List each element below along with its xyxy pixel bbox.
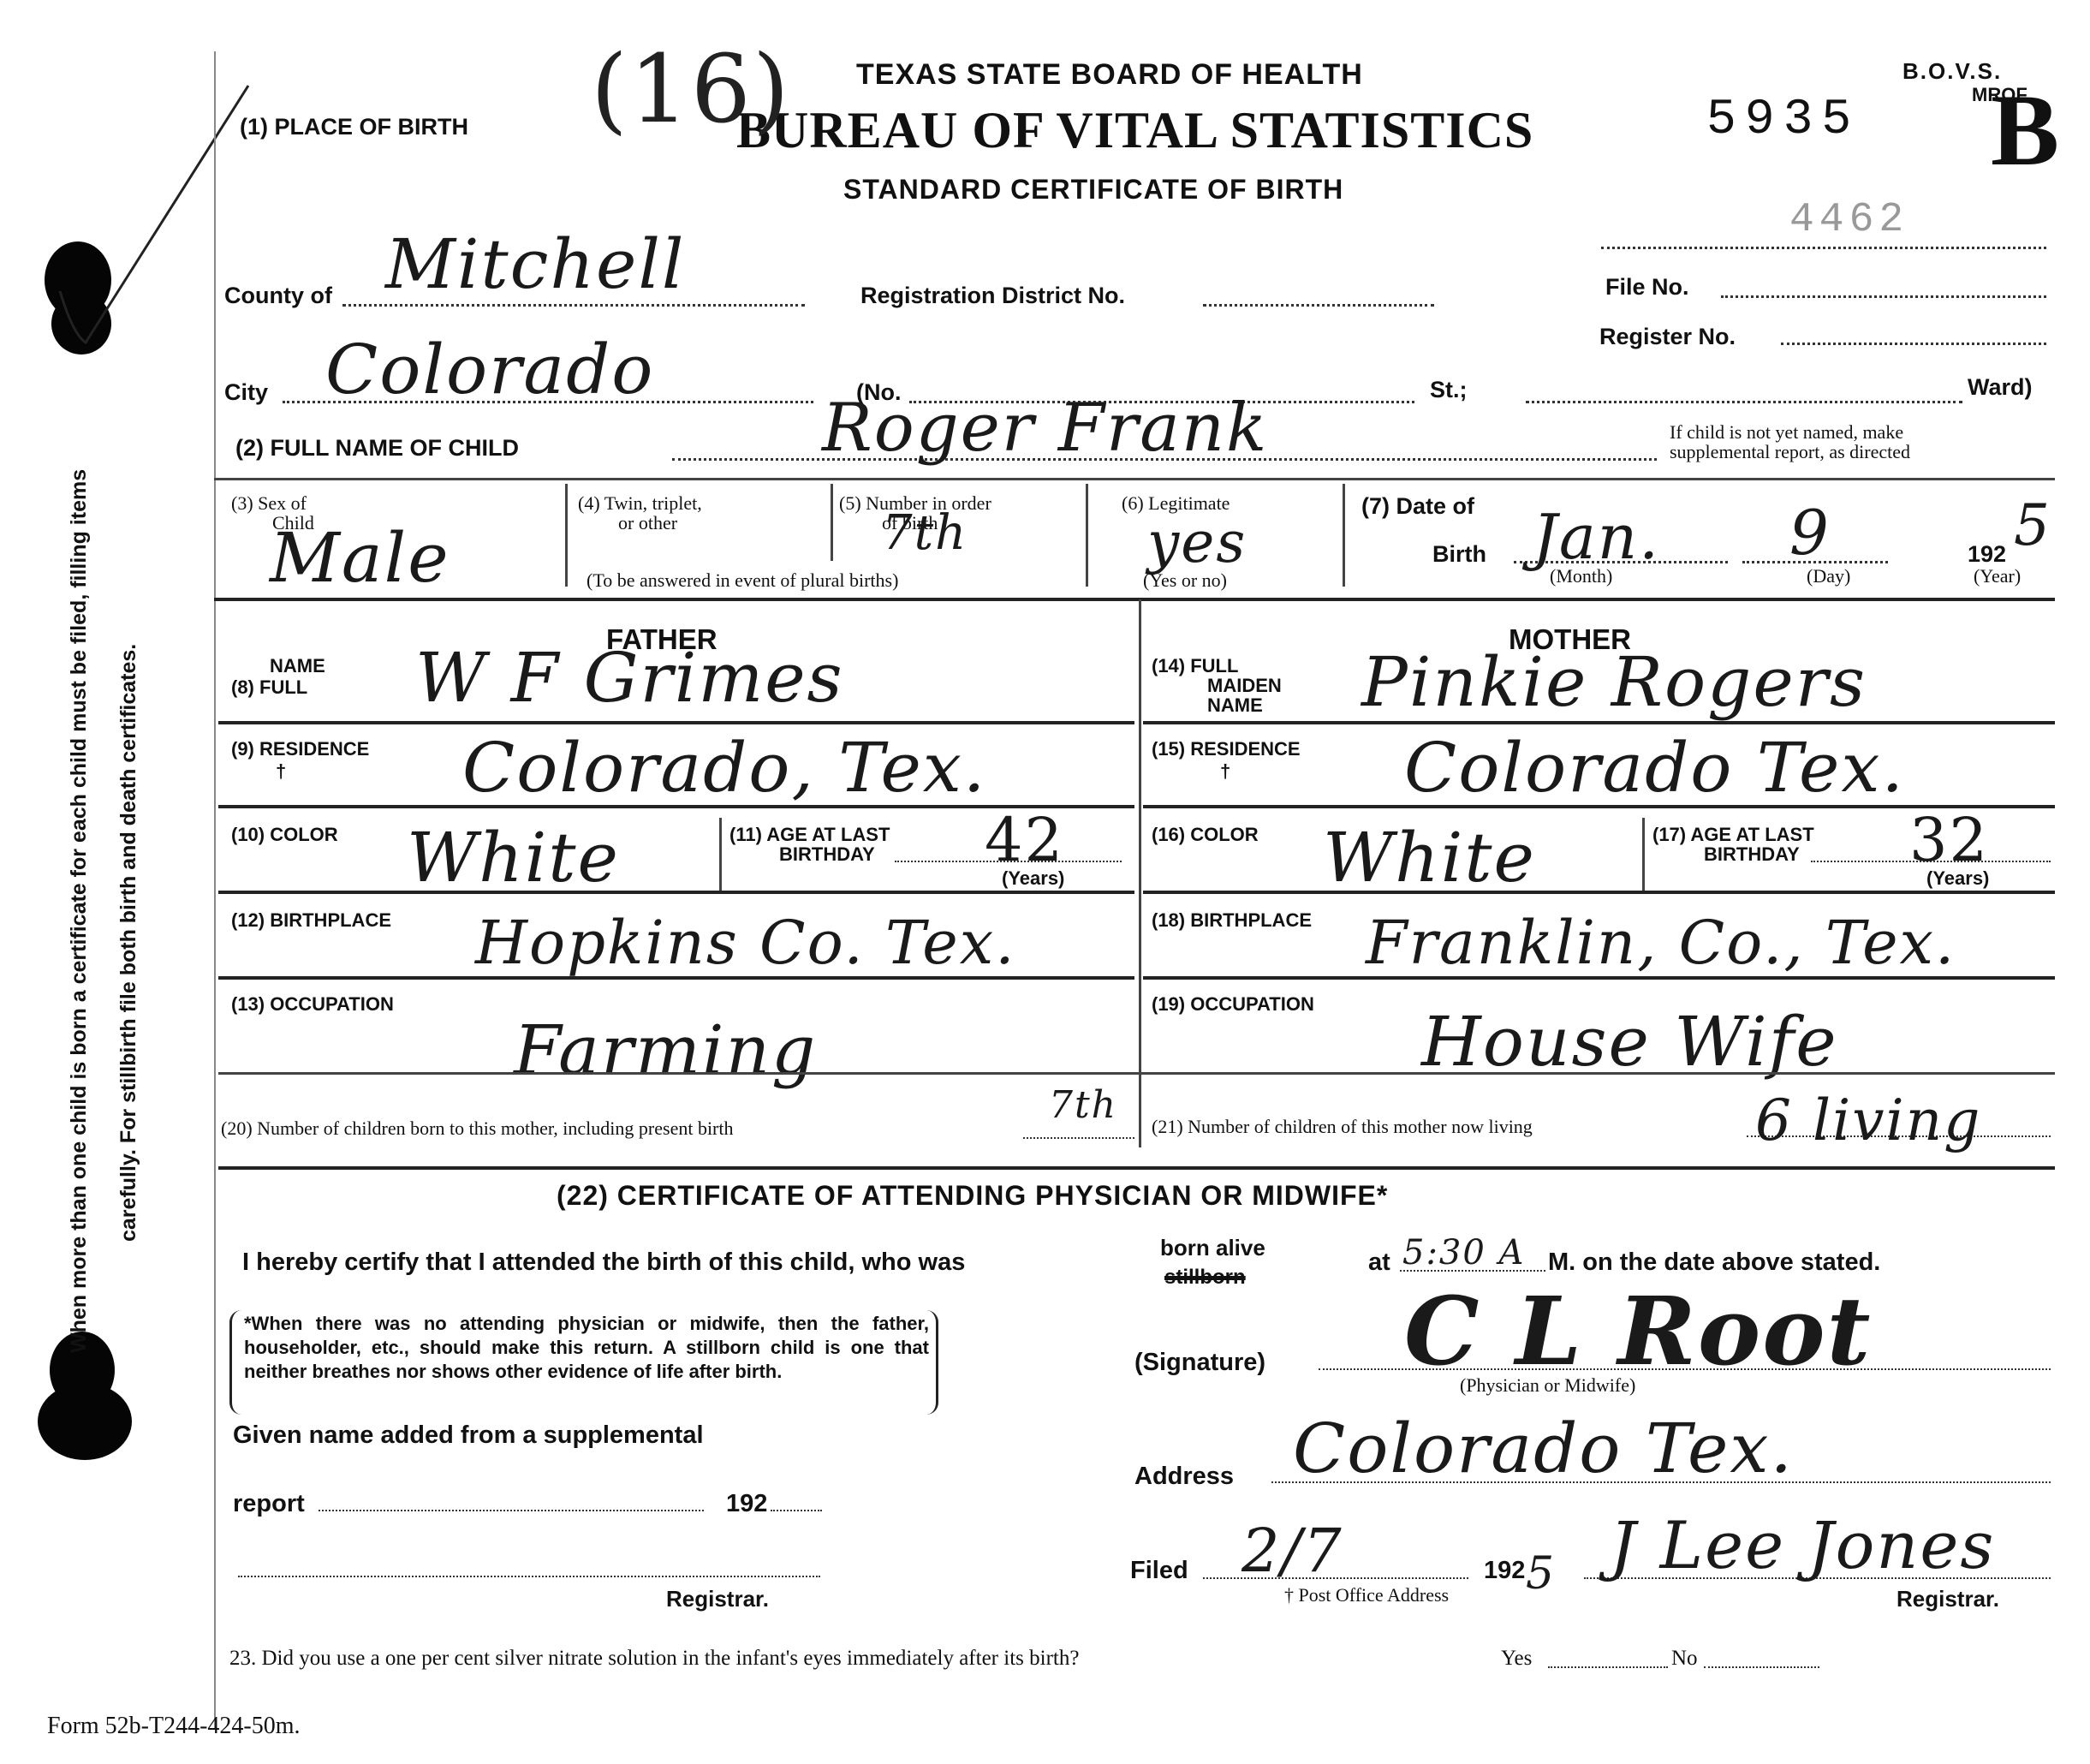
father-birthplace-value: Hopkins Co. Tex.	[475, 908, 1015, 978]
report-year-prefix: 192	[726, 1490, 767, 1518]
legitimate-hint: (Yes or no)	[1143, 569, 1227, 592]
father-color-label: (10) COLOR	[231, 824, 338, 846]
birth-year-prefix: 192	[1968, 541, 2006, 568]
sex-value: Male	[270, 518, 450, 598]
form-number: Form 52b-T244-424-50m.	[47, 1713, 301, 1740]
divider-mother-birthplace	[1143, 976, 2055, 980]
divider-order-legitimate	[1086, 484, 1088, 587]
ward-label: Ward)	[1968, 374, 2033, 401]
form-vertical-letters: MROF	[1972, 86, 1989, 104]
mother-residence-value: Colorado Tex.	[1404, 728, 1905, 808]
filed-year-prefix: 192	[1484, 1557, 1525, 1585]
mother-age-hint: (Years)	[1926, 867, 1989, 890]
margin-instruction-line2: carefully. For stillbirth file both birt…	[116, 644, 141, 1242]
filing-registrar-label: Registrar.	[1896, 1586, 1999, 1612]
divider-twin-order	[831, 484, 833, 561]
register-no-label: Register No.	[1599, 324, 1736, 350]
mother-age-value: 32	[1909, 805, 1989, 875]
signature-hint: (Physician or Midwife)	[1460, 1374, 1635, 1397]
father-age-hint: (Years)	[1002, 867, 1064, 890]
certificate-number: 5935	[1706, 92, 1860, 148]
father-name-label-line2: (8) FULL	[231, 676, 307, 699]
address-value: Colorado Tex.	[1293, 1409, 1794, 1488]
report-label: report	[233, 1490, 305, 1518]
mother-birthplace-label: (18) BIRTHPLACE	[1152, 909, 1312, 932]
mother-name-label-line3: NAME	[1207, 694, 1263, 717]
stamped-number: 4462	[1789, 197, 1908, 243]
father-residence-label: (9) RESIDENCE	[231, 738, 369, 760]
post-office-address-hint: † Post Office Address	[1284, 1584, 1449, 1606]
mother-color-label: (16) COLOR	[1152, 824, 1259, 846]
divider-father-name	[218, 721, 1134, 724]
silver-nitrate-yes-label: Yes	[1501, 1647, 1532, 1671]
file-no-label: File No.	[1605, 274, 1689, 301]
board-title: TEXAS STATE BOARD OF HEALTH	[856, 58, 1363, 92]
city-label: City	[224, 379, 268, 406]
stillborn-option-struck: stillborn	[1164, 1266, 1246, 1290]
margin-instruction-line1: When more than one child is born a certi…	[67, 469, 92, 1353]
filed-date-value: 2/7	[1241, 1516, 1343, 1586]
mother-residence-label: (15) RESIDENCE	[1152, 738, 1301, 760]
mother-age-label-line2: BIRTHDAY	[1704, 843, 1800, 866]
filing-registrar-signature: J Lee Jones	[1610, 1507, 1995, 1583]
father-color-value: White	[407, 818, 620, 897]
given-name-supplemental-label: Given name added from a supplemental	[233, 1421, 704, 1450]
check-mark-icon	[51, 77, 257, 351]
supplemental-registrar-label: Registrar.	[666, 1586, 769, 1612]
filed-label: Filed	[1130, 1557, 1188, 1585]
divider-mother-color	[1143, 891, 2055, 894]
divider-row2	[214, 598, 2055, 601]
birth-time-suffix: M. on the date above stated.	[1548, 1249, 1880, 1277]
divider-father-mother	[1139, 599, 1141, 1147]
date-of-birth-label-line1: (7) Date of	[1361, 493, 1474, 520]
margin-note-16: (16)	[591, 34, 791, 144]
father-birthplace-label: (12) BIRTHPLACE	[231, 909, 391, 932]
file-no-field[interactable]	[1721, 295, 2046, 298]
city-value: Colorado	[325, 330, 654, 409]
divider-mother-color-age	[1642, 818, 1645, 891]
father-age-value: 42	[985, 805, 1064, 875]
mother-color-value: White	[1323, 818, 1536, 897]
county-value: Mitchell	[385, 224, 686, 304]
certificate-subtitle: STANDARD CERTIFICATE OF BIRTH	[843, 174, 1343, 206]
form-letter: B	[1991, 79, 2059, 182]
month-hint: (Month)	[1550, 565, 1612, 587]
filed-year-suffix: 5	[1526, 1548, 1556, 1600]
ward-field[interactable]	[1526, 401, 1962, 403]
silver-nitrate-no-label: No	[1671, 1647, 1698, 1671]
children-living-label: (21) Number of children of this mother n…	[1152, 1116, 1533, 1138]
divider-father-birthplace	[218, 976, 1134, 980]
child-full-name-value: Roger Frank	[822, 390, 1268, 467]
divider-children-bottom	[218, 1166, 2055, 1170]
plural-births-note: (To be answered in event of plural birth…	[587, 569, 898, 592]
supplemental-registrar-field[interactable]	[238, 1576, 820, 1577]
children-born-value: 7th	[1049, 1083, 1117, 1127]
day-hint: (Day)	[1807, 565, 1850, 587]
divider-father-color	[218, 891, 1134, 894]
silver-nitrate-no-field[interactable]	[1704, 1666, 1819, 1668]
county-field[interactable]	[342, 304, 805, 307]
bovs-label: B.O.V.S.	[1902, 58, 2002, 85]
midwife-footnote: *When there was no attending physician o…	[244, 1312, 929, 1384]
county-label: County of	[224, 283, 332, 309]
born-alive-option: born alive	[1160, 1235, 1265, 1261]
physician-certificate-heading: (22) CERTIFICATE OF ATTENDING PHYSICIAN …	[557, 1180, 1388, 1212]
children-living-value: 6 living	[1755, 1088, 1981, 1153]
report-field[interactable]	[319, 1510, 704, 1511]
children-born-field[interactable]	[1023, 1137, 1134, 1139]
signature-label: (Signature)	[1134, 1349, 1265, 1377]
birth-day-value: 9	[1789, 497, 1831, 569]
father-residence-dagger: †	[276, 760, 286, 783]
street-label: St.;	[1430, 377, 1468, 403]
silver-nitrate-question: 23. Did you use a one per cent silver ni…	[229, 1647, 1079, 1671]
divider-sex-twin	[565, 484, 568, 587]
father-age-label-line2: BIRTHDAY	[779, 843, 875, 866]
father-residence-value: Colorado, Tex.	[462, 728, 986, 808]
divider-legitimate-date	[1343, 484, 1345, 587]
divider-row1	[214, 478, 2055, 480]
mother-occupation-label: (19) OCCUPATION	[1152, 993, 1314, 1016]
bureau-title: BUREAU OF VITAL STATISTICS	[736, 101, 1533, 160]
order-value: 7th	[882, 505, 968, 561]
father-occupation-label: (13) OCCUPATION	[231, 993, 394, 1016]
signature-value: C L Root	[1404, 1276, 1872, 1386]
mother-name-value: Pinkie Rogers	[1361, 642, 1867, 722]
birth-time-value: 5:30 A	[1402, 1233, 1525, 1272]
twin-label-line2: or other	[618, 512, 677, 534]
birth-time-at-label: at	[1368, 1249, 1390, 1277]
silver-nitrate-yes-field[interactable]	[1548, 1666, 1668, 1668]
place-of-birth-label: (1) PLACE OF BIRTH	[240, 114, 468, 140]
report-year-field[interactable]	[771, 1510, 822, 1511]
legitimate-value: yes	[1147, 510, 1247, 575]
mother-birthplace-value: Franklin, Co., Tex.	[1366, 908, 1956, 978]
mother-residence-dagger: †	[1220, 760, 1230, 783]
address-label: Address	[1134, 1463, 1234, 1491]
father-occupation-value: Farming	[514, 1010, 817, 1090]
divider-mother-name	[1143, 721, 2055, 724]
mother-occupation-value: House Wife	[1421, 1002, 1838, 1082]
unnamed-note-line2: supplemental report, as directed	[1670, 441, 1910, 463]
binding-hole-4	[38, 1383, 132, 1460]
father-name-label-line1: NAME	[270, 655, 325, 677]
child-full-name-label: (2) FULL NAME OF CHILD	[235, 435, 519, 462]
divider-father-color-age	[719, 818, 722, 891]
certify-text: I hereby certify that I attended the bir…	[242, 1249, 965, 1277]
registration-district-label: Registration District No.	[860, 283, 1125, 309]
stamped-number-line	[1601, 247, 2046, 249]
date-of-birth-label-line2: Birth	[1432, 541, 1486, 568]
register-no-field[interactable]	[1781, 343, 2046, 345]
birth-year-suffix: 5	[2014, 492, 2051, 558]
children-born-label: (20) Number of children born to this mot…	[221, 1117, 734, 1140]
registration-district-field[interactable]	[1203, 304, 1434, 307]
birth-month-value: Jan.	[1533, 501, 1660, 573]
year-hint: (Year)	[1974, 565, 2021, 587]
father-name-value: W F Grimes	[415, 638, 844, 718]
form-left-border	[214, 51, 216, 1730]
divider-occupation-bottom	[218, 1072, 2055, 1075]
